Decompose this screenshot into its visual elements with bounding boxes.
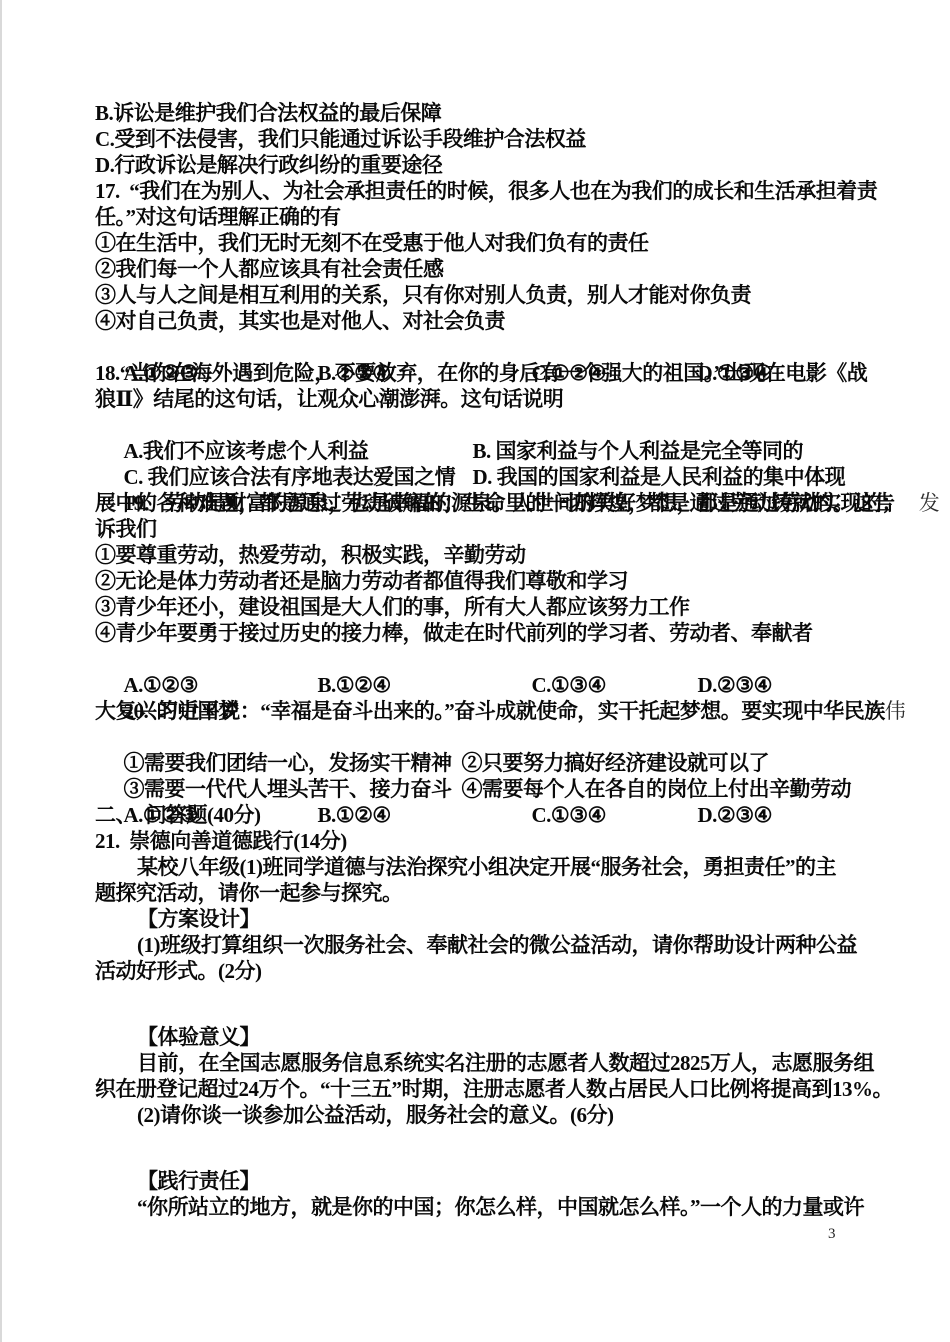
q21-plan-design-header: 【方案设计】	[95, 906, 885, 932]
q21-intro-line1: 某校八年级(1)班同学道德与法治探究小组决定开展“服务社会，勇担责任”的主	[95, 854, 885, 880]
q21-duty-quote-line: “你所站立的地方，就是你的中国；你怎么样，中国就怎么样。”一个人的力量或许	[95, 1194, 885, 1220]
q16-option-c: C.受到不法侵害，我们只能通过诉讼手段维护合法权益	[95, 126, 885, 152]
q19-answer-options-row: A.①②③B.①②④C.①③④D.②③④	[95, 646, 885, 672]
q20-option-b: B.①②④	[318, 802, 532, 828]
q18-options-row-ab: A.我们不应该考虑个人利益B. 国家利益与个人利益是完全等同的	[95, 412, 885, 438]
q16-option-b: B.诉讼是维护我们合法权益的最后保障	[95, 100, 885, 126]
q19-option-a: A.①②③	[124, 672, 318, 698]
q19-item-4: ④青少年要勇于接过历史的接力棒，做走在时代前列的学习者、劳动者、奉献者	[95, 620, 885, 646]
q17-item-4: ④对自己负责，其实也是对他人、对社会负责	[95, 308, 885, 334]
q21-material-line1: 目前，在全国志愿服务信息系统实名注册的志愿者人数超过2825万人，志愿服务组	[95, 1050, 885, 1076]
q17-item-3: ③人与人之间是相互利用的关系，只有你对别人负责，别人才能对你负责	[95, 282, 885, 308]
q19-item-1: ①要尊重劳动，热爱劳动，积极实践，辛勤劳动	[95, 542, 885, 568]
q17-answer-options-row: A.①②③B.②③④C.①②④D.①③④	[95, 334, 885, 360]
q18-stem-line2: 狼Ⅱ》结尾的这句话，让观众心潮澎湃。这句话说明	[95, 386, 885, 412]
exam-text-block: B.诉讼是维护我们合法权益的最后保障 C.受到不法侵害，我们只能通过诉讼手段维护…	[95, 100, 885, 1220]
q17-stem-line1: 17. “我们在为别人、为社会承担责任的时候，很多人也在为我们的成长和生活承担着…	[95, 178, 885, 204]
q21-experience-header: 【体验意义】	[95, 1024, 885, 1050]
q20-item-3: ③需要一代代人埋头苦干、接力奋斗	[124, 776, 462, 802]
q21-duty-header: 【践行责任】	[95, 1168, 885, 1194]
q16-option-d: D.行政诉讼是解决行政纠纷的重要途径	[95, 152, 885, 178]
q19-option-d: D.②③④	[698, 672, 772, 698]
q18-option-c: C. 我们应该合法有序地表达爱国之情	[124, 464, 473, 490]
q20-option-d: D.②③④	[698, 802, 772, 828]
q19-option-c: C.①③④	[532, 672, 698, 698]
q17-item-2: ②我们每一个人都应该具有社会责任感	[95, 256, 885, 282]
q18-option-a: A.我们不应该考虑个人利益	[124, 438, 473, 464]
q19-stem-line3: 诉我们	[95, 516, 885, 542]
q19-item-2: ②无论是体力劳动者还是脑力劳动者都值得我们尊敬和学习	[95, 568, 885, 594]
q21-task1-line1: (1)班级打算组织一次服务社会、奉献社会的微公益活动，请你帮助设计两种公益	[95, 932, 885, 958]
q20-items-row-12: ①需要我们团结一心，发扬实干精神②只要努力搞好经济建设就可以了	[95, 724, 885, 750]
q18-option-d: D. 我国的国家利益是人民利益的集中体现	[473, 464, 846, 490]
q20-item-2: ②只要努力搞好经济建设就可以了	[462, 750, 770, 776]
q20-item-4: ④需要每个人在各自的岗位上付出辛勤劳动	[462, 776, 852, 802]
q20-option-c: C.①③④	[532, 802, 698, 828]
page-number: 3	[828, 1226, 836, 1243]
q21-title: 21. 崇德向善道德践行(14分)	[95, 828, 885, 854]
q21-intro-line2: 题探究活动，请你一起参与探究。	[95, 880, 885, 906]
answer-space-2	[95, 1128, 885, 1168]
q19-stem-line2: 展中的各种难题，都是通过劳动破解的；生命里的一切辉煌，都是通过劳动铸就的。这告	[95, 490, 885, 516]
q18-option-b: B. 国家利益与个人利益是完全等同的	[473, 438, 804, 464]
exam-paper-page: B.诉讼是维护我们合法权益的最后保障 C.受到不法侵害，我们只能通过诉讼手段维护…	[0, 0, 950, 1342]
q20-stem-line1-light-char: 伟	[885, 699, 906, 723]
q21-material-line2: 织在册登记超过24万个。“十三五”时期，注册志愿者人数占居民人口比例将提高到13…	[95, 1076, 885, 1102]
q19-option-b: B.①②④	[318, 672, 532, 698]
q21-task2-line: (2)请你谈一谈参加公益活动，服务社会的意义。(6分)	[95, 1102, 885, 1128]
q21-task1-line2: 活动好形式。(2分)	[95, 958, 885, 984]
q17-item-1: ①在生活中，我们无时无刻不在受惠于他人对我们负有的责任	[95, 230, 885, 256]
q17-stem-line2: 任。”对这句话理解正确的有	[95, 204, 885, 230]
q19-item-3: ③青少年还小，建设祖国是大人们的事，所有大人都应该努力工作	[95, 594, 885, 620]
scan-edge-artifact	[0, 0, 2, 1342]
answer-space-1	[95, 984, 885, 1024]
q20-item-1: ①需要我们团结一心，发扬实干精神	[124, 750, 462, 776]
q19-stem-line1-light-char: 发	[919, 491, 940, 515]
q18-stem-line1: 18.“当你在海外遇到危险，不要放弃，在你的身后有一个强大的祖国。”出现在电影《…	[95, 360, 885, 386]
